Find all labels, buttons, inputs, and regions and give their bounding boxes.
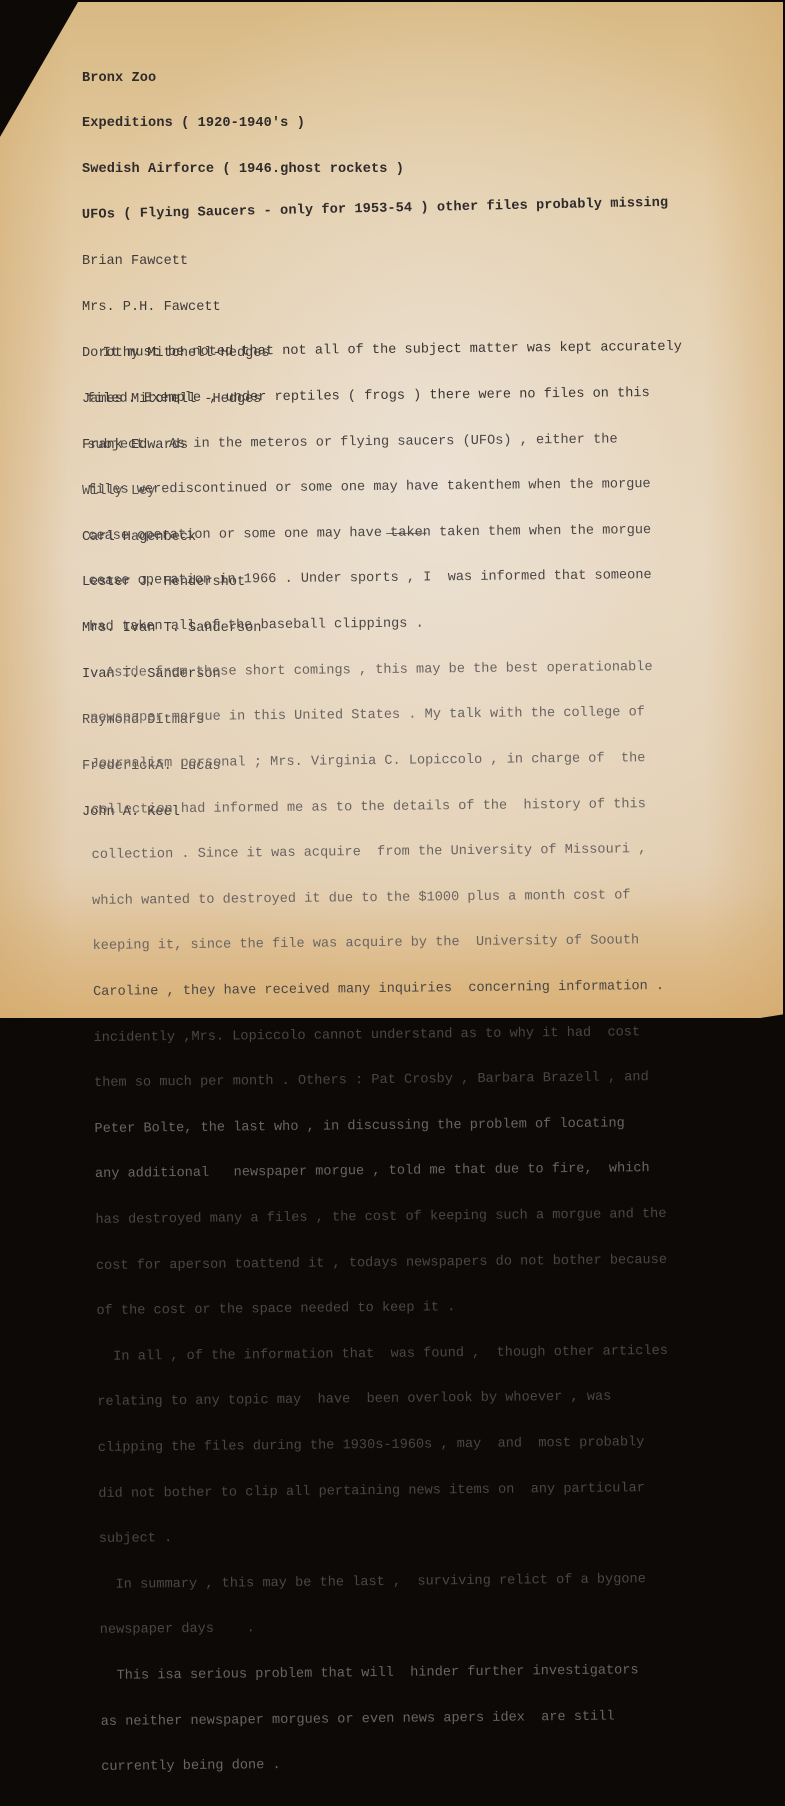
body-line: It must be noted that not all of the sub… (86, 340, 682, 361)
list-item: UFOs ( Flying Saucers - only for 1953-54… (82, 196, 668, 224)
body-line: filed. Exemple , under reptiles ( frogs … (87, 386, 683, 407)
body-line: collection . Since it was acquire from t… (92, 842, 688, 863)
body-paragraphs: It must be noted that not all of the sub… (86, 310, 697, 1024)
body-line: cease operation or some one may have ̶t̶… (88, 523, 684, 544)
body-line: had taken all of the baseball clippings … (89, 614, 685, 635)
body-line: newspaper morgue in this United States .… (90, 705, 686, 726)
body-line: files werediscontinued or some one may h… (88, 477, 684, 498)
body-line: which wanted to destroyed it due to the … (92, 887, 688, 908)
body-line: subject . As in the meteros or flying sa… (87, 431, 683, 452)
list-item: Brian Fawcett (82, 254, 668, 269)
list-item: Swedish Airforce ( 1946.ghost rockets ) (82, 162, 668, 177)
body-line: cease operation in 1966 . Under sports ,… (89, 568, 685, 589)
body-line: keeping it, since the file was acquire b… (93, 933, 689, 954)
body-line: Aside from these short comings , this ma… (90, 659, 686, 680)
body-line: Caroline , they have received many inqui… (93, 979, 689, 1000)
list-item: Expeditions ( 1920-1940's ) (82, 116, 668, 131)
scanned-page: Bronx Zoo Expeditions ( 1920-1940's ) Sw… (0, 0, 785, 1024)
body-line: Journalism personal ; Mrs. Virginia C. L… (91, 751, 687, 772)
body-line: collection had informed me as to the det… (91, 796, 687, 817)
list-item: Bronx Zoo (82, 71, 668, 86)
